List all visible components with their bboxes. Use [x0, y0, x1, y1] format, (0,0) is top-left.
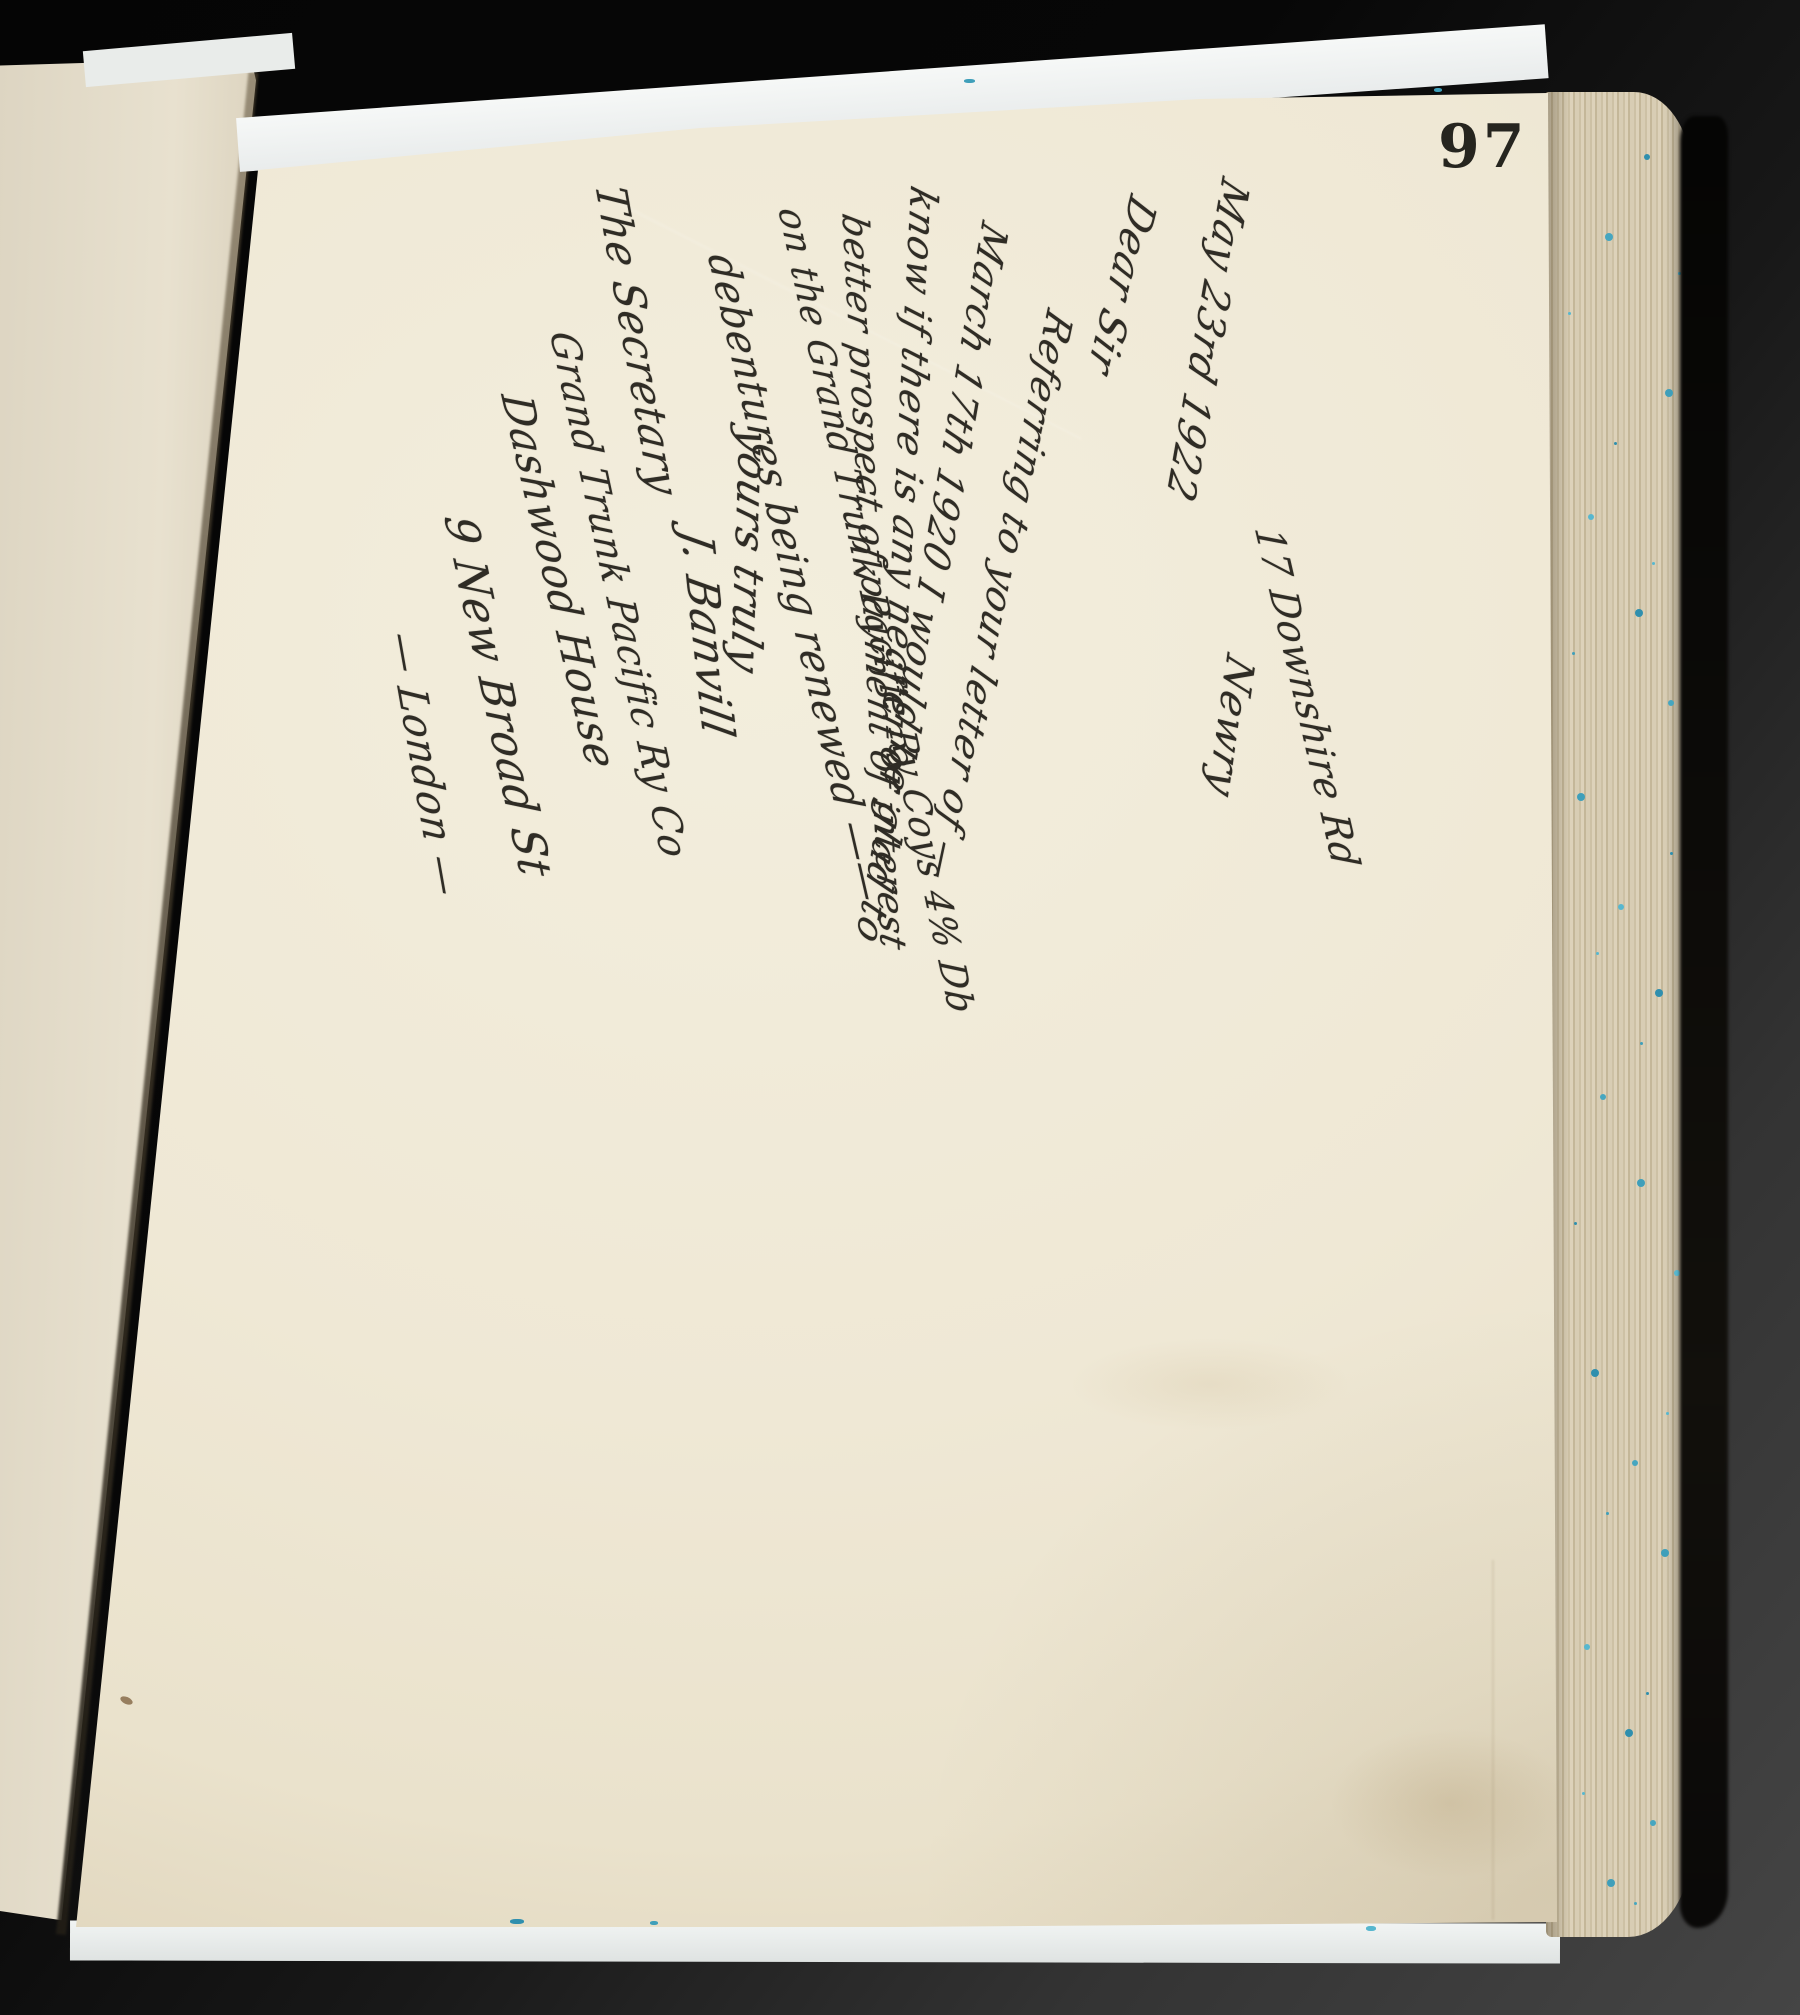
- page-crease: [1492, 1560, 1494, 1920]
- edge-speckle: [964, 79, 975, 83]
- page-stain: [1070, 1338, 1350, 1430]
- book-cover-edge: [1680, 116, 1728, 1928]
- book-photo: 97 17 Downshire Rd Newry May 23rd 1922 D…: [0, 0, 1800, 2015]
- page-stain: [1330, 1728, 1570, 1878]
- edge-speckle: [650, 1921, 658, 1925]
- edge-speckle: [1366, 1926, 1376, 1931]
- fore-edge-stack: [1546, 92, 1692, 1937]
- edge-speckle: [510, 1919, 524, 1924]
- edge-speckle: [1434, 88, 1442, 92]
- fore-edge-speckles-small: [1548, 92, 1551, 95]
- page-number: 97: [1438, 112, 1528, 182]
